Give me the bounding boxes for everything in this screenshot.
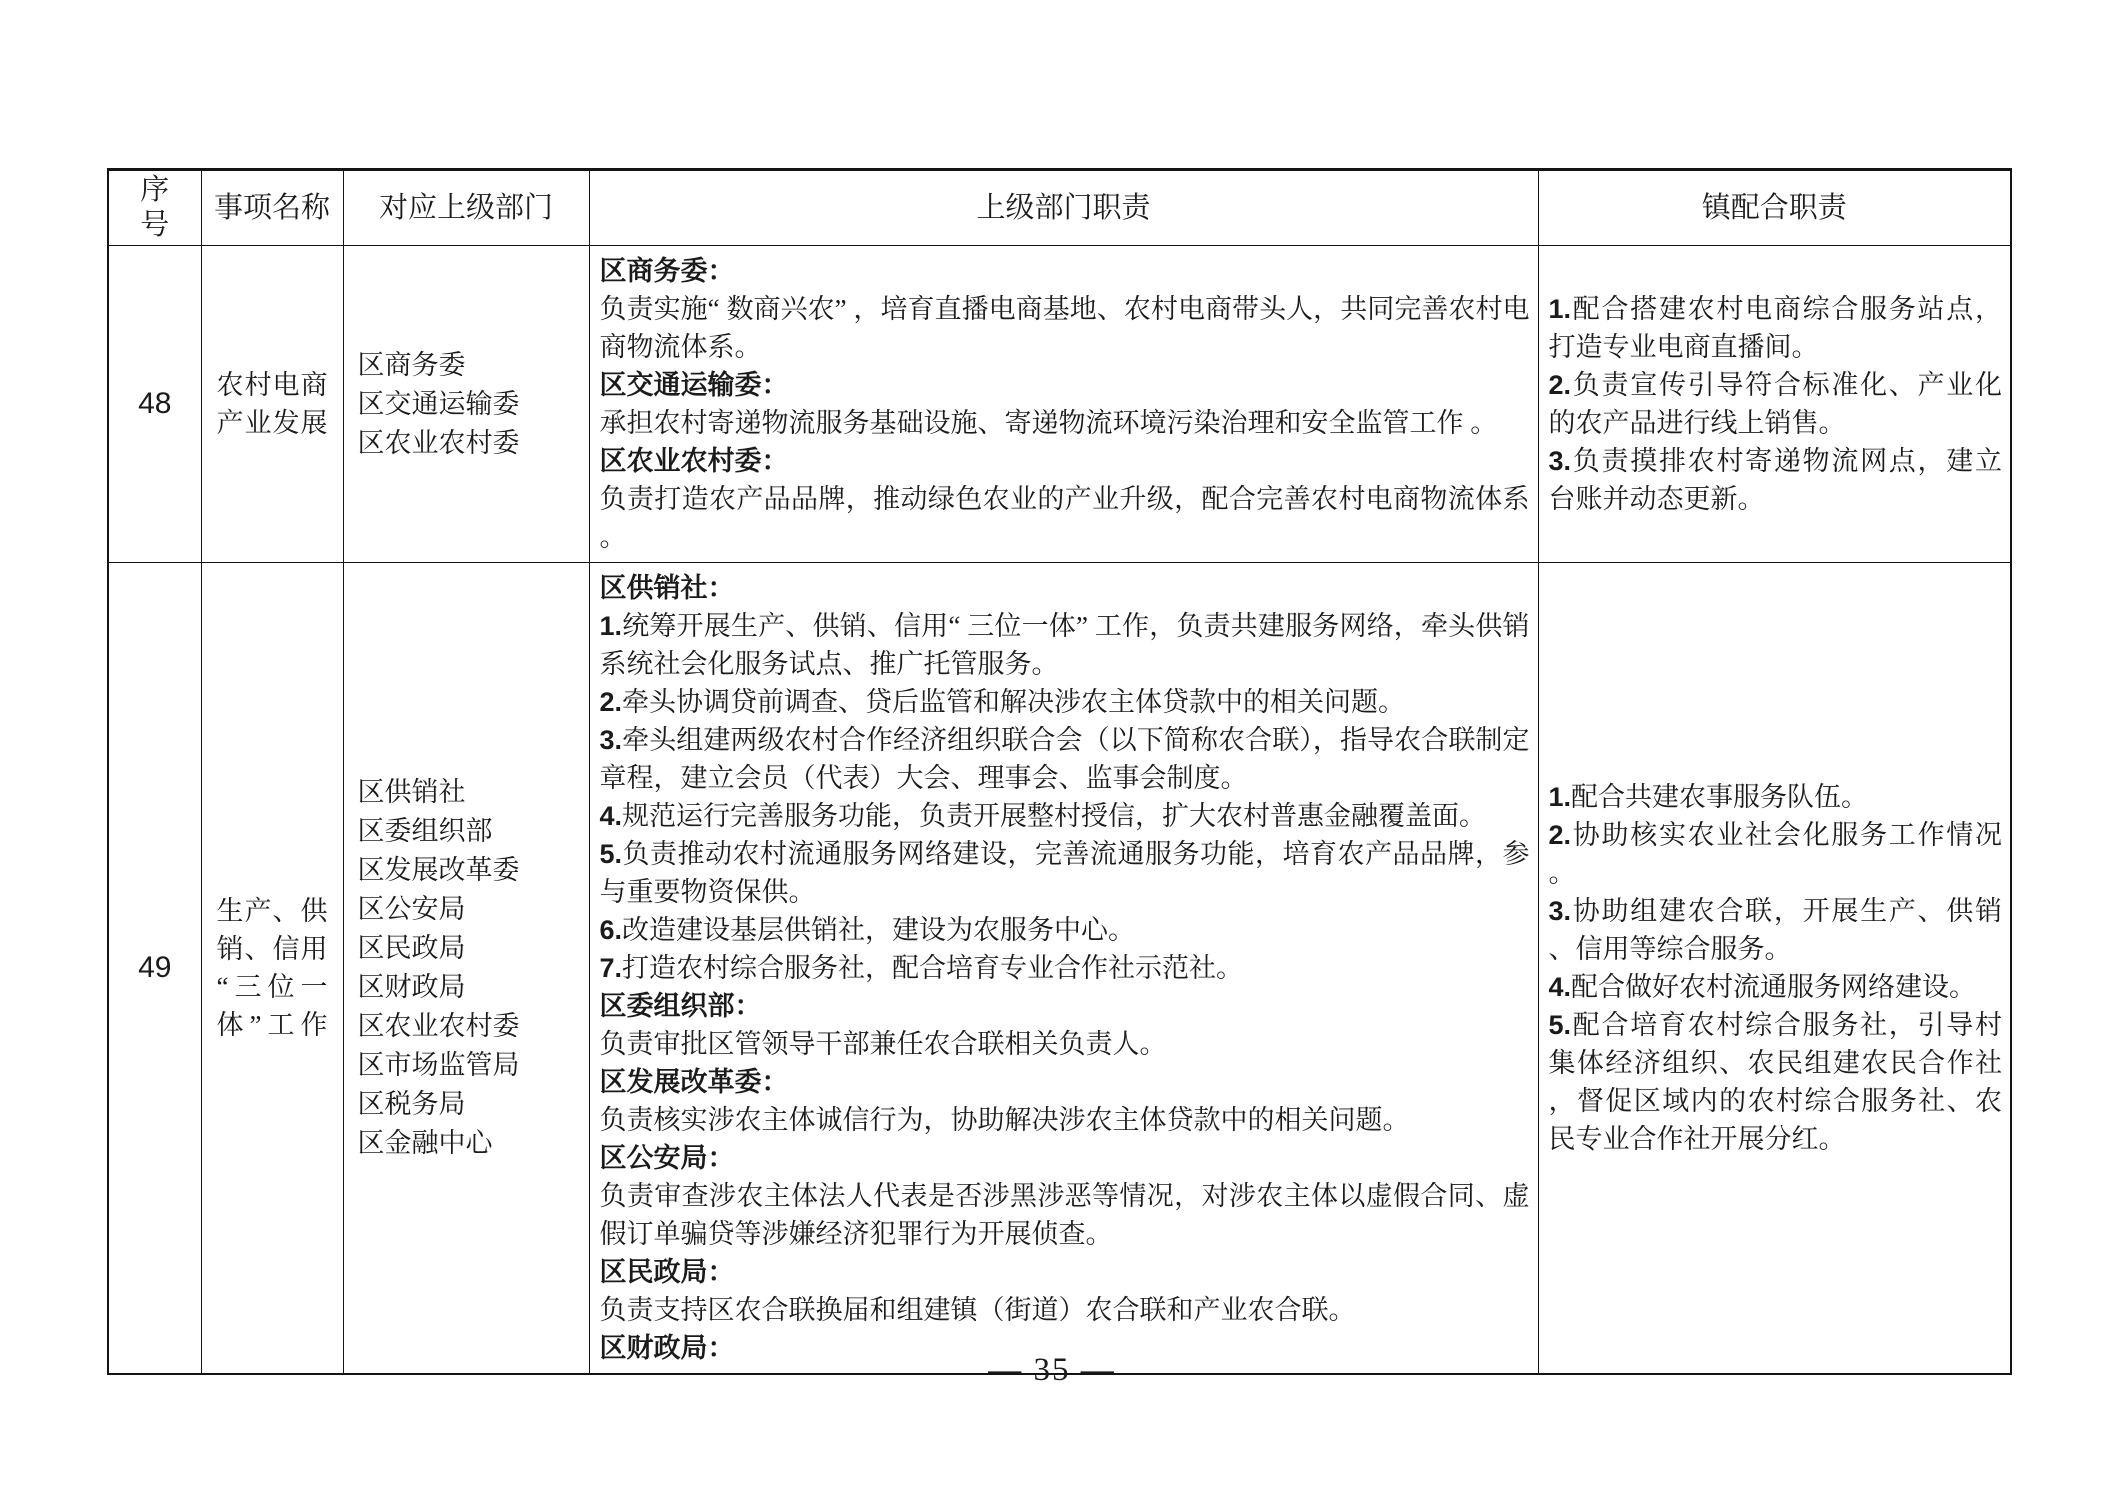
department-item: 区交通运输委 xyxy=(358,385,583,424)
town-duty-item: 1.配合共建农事服务队伍。 xyxy=(1549,778,2003,816)
town-duty-item: 4.配合做好农村流通服务网络建设。 xyxy=(1549,968,2003,1006)
cell-index: 48 xyxy=(108,246,201,563)
document-page: 序号 事项名称 对应上级部门 上级部门职责 镇配合职责 48农村电商产业发展区商… xyxy=(0,0,2104,1488)
department-item: 区公安局 xyxy=(358,890,583,929)
duty-department-header: 区农业农村委： xyxy=(600,442,1530,480)
cell-item-name: 农村电商产业发展 xyxy=(201,246,343,563)
duty-line: 负责打造农产品品牌，推动绿色农业的产业升级，配合完善农村电商物流体系。 xyxy=(600,480,1530,556)
town-duty-item: 3.负责摸排农村寄递物流网点，建立台账并动态更新。 xyxy=(1549,442,2003,518)
header-cell-item-name: 事项名称 xyxy=(201,170,343,246)
duty-line: 1.统筹开展生产、供销、信用“ 三位一体” 工作，负责共建服务网络，牵头供销系统… xyxy=(600,607,1530,683)
item-name-text: 生产、供销、信用“三位一体”工作 xyxy=(217,896,328,1040)
duty-department-header: 区民政局： xyxy=(600,1253,1530,1291)
duty-line: 3.牵头组建两级农村合作经济组织联合会（以下简称农合联），指导农合联制定章程，建… xyxy=(600,721,1530,797)
duty-number: 1. xyxy=(1549,782,1572,812)
duty-line: 负责支持区农合联换届和组建镇（街道）农合联和产业农合联。 xyxy=(600,1291,1530,1329)
department-item: 区农业农村委 xyxy=(358,424,583,463)
duty-number: 3. xyxy=(1549,446,1572,476)
duty-line: 6.改造建设基层供销社，建设为农服务中心。 xyxy=(600,911,1530,949)
table-row-48: 48农村电商产业发展区商务委区交通运输委区农业农村委区商务委：负责实施“ 数商兴… xyxy=(108,246,2011,563)
duty-number: 4. xyxy=(1549,972,1572,1002)
duty-line: 承担农村寄递物流服务基础设施、寄递物流环境污染治理和安全监管工作 。 xyxy=(600,404,1530,442)
department-item: 区市场监管局 xyxy=(358,1046,583,1085)
department-item: 区金融中心 xyxy=(358,1124,583,1163)
duty-number: 1. xyxy=(1549,294,1572,324)
duty-line: 负责审批区管领导干部兼任农合联相关负责人。 xyxy=(600,1025,1530,1063)
duty-department-header: 区委组织部： xyxy=(600,987,1530,1025)
duty-line: 5.负责推动农村流通服务网络建设，完善流通服务功能，培育农产品品牌，参与重要物资… xyxy=(600,835,1530,911)
town-duty-item: 2.协助核实农业社会化服务工作情况。 xyxy=(1549,816,2003,892)
table-row-49: 49生产、供销、信用“三位一体”工作区供销社区委组织部区发展改革委区公安局区民政… xyxy=(108,563,2011,1375)
table-header-row: 序号 事项名称 对应上级部门 上级部门职责 镇配合职责 xyxy=(108,170,2011,246)
town-duty-item: 5.配合培育农村综合服务社，引导村集体经济组织、农民组建农民合作社，督促区域内的… xyxy=(1549,1006,2003,1158)
cell-superior-duties: 区商务委：负责实施“ 数商兴农” ，培育直播电商基地、农村电商带头人，共同完善农… xyxy=(589,246,1538,563)
duty-line: 负责审查涉农主体法人代表是否涉黑涉恶等情况，对涉农主体以虚假合同、虚假订单骗贷等… xyxy=(600,1177,1530,1253)
header-cell-town-duties: 镇配合职责 xyxy=(1538,170,2011,246)
duty-number: 1. xyxy=(600,611,623,641)
duty-line: 7.打造农村综合服务社，配合培育专业合作社示范社。 xyxy=(600,949,1530,987)
cell-town-duties: 1.配合共建农事服务队伍。2.协助核实农业社会化服务工作情况。3.协助组建农合联… xyxy=(1538,563,2011,1375)
duty-department-header: 区交通运输委： xyxy=(600,366,1530,404)
department-item: 区供销社 xyxy=(358,773,583,812)
cell-index: 49 xyxy=(108,563,201,1375)
page-number: — 35 — xyxy=(0,1352,2104,1389)
cell-superior-duties: 区供销社：1.统筹开展生产、供销、信用“ 三位一体” 工作，负责共建服务网络，牵… xyxy=(589,563,1538,1375)
duty-number: 4. xyxy=(600,801,623,831)
town-duty-item: 3.协助组建农合联，开展生产、供销、信用等综合服务。 xyxy=(1549,892,2003,968)
duty-line: 负责实施“ 数商兴农” ，培育直播电商基地、农村电商带头人，共同完善农村电商物流… xyxy=(600,290,1530,366)
duty-number: 3. xyxy=(1549,896,1572,926)
department-item: 区民政局 xyxy=(358,929,583,968)
town-duty-item: 2.负责宣传引导符合标准化、产业化的农产品进行线上销售。 xyxy=(1549,366,2003,442)
header-cell-superior-duties: 上级部门职责 xyxy=(589,170,1538,246)
cell-item-name: 生产、供销、信用“三位一体”工作 xyxy=(201,563,343,1375)
duty-line: 2.牵头协调贷前调查、贷后监管和解决涉农主体贷款中的相关问题。 xyxy=(600,683,1530,721)
duty-department-header: 区商务委： xyxy=(600,252,1530,290)
duty-number: 2. xyxy=(1549,820,1572,850)
department-item: 区委组织部 xyxy=(358,812,583,851)
duty-number: 2. xyxy=(600,687,623,717)
town-duty-item: 1.配合搭建农村电商综合服务站点，打造专业电商直播间。 xyxy=(1549,290,2003,366)
duty-number: 7. xyxy=(600,953,623,983)
department-item: 区财政局 xyxy=(358,968,583,1007)
table-body: 48农村电商产业发展区商务委区交通运输委区农业农村委区商务委：负责实施“ 数商兴… xyxy=(108,246,2011,1375)
cell-departments: 区供销社区委组织部区发展改革委区公安局区民政局区财政局区农业农村委区市场监管局区… xyxy=(343,563,589,1375)
duty-line: 4.规范运行完善服务功能，负责开展整村授信，扩大农村普惠金融覆盖面。 xyxy=(600,797,1530,835)
duty-line: 负责核实涉农主体诚信行为，协助解决涉农主体贷款中的相关问题。 xyxy=(600,1101,1530,1139)
header-index-label: 序号 xyxy=(139,173,171,243)
department-item: 区农业农村委 xyxy=(358,1007,583,1046)
cell-town-duties: 1.配合搭建农村电商综合服务站点，打造专业电商直播间。2.负责宣传引导符合标准化… xyxy=(1538,246,2011,563)
duty-number: 3. xyxy=(600,725,623,755)
duty-number: 5. xyxy=(1549,1010,1572,1040)
header-cell-index: 序号 xyxy=(108,170,201,246)
duty-department-header: 区发展改革委： xyxy=(600,1063,1530,1101)
responsibility-table: 序号 事项名称 对应上级部门 上级部门职责 镇配合职责 48农村电商产业发展区商… xyxy=(107,168,2012,1375)
header-cell-departments: 对应上级部门 xyxy=(343,170,589,246)
department-item: 区税务局 xyxy=(358,1085,583,1124)
cell-departments: 区商务委区交通运输委区农业农村委 xyxy=(343,246,589,563)
department-item: 区发展改革委 xyxy=(358,851,583,890)
duty-number: 5. xyxy=(600,839,623,869)
duty-department-header: 区公安局： xyxy=(600,1139,1530,1177)
item-name-text: 农村电商产业发展 xyxy=(217,370,328,438)
department-item: 区商务委 xyxy=(358,346,583,385)
duty-number: 6. xyxy=(600,915,623,945)
duty-department-header: 区供销社： xyxy=(600,569,1530,607)
duty-number: 2. xyxy=(1549,370,1572,400)
